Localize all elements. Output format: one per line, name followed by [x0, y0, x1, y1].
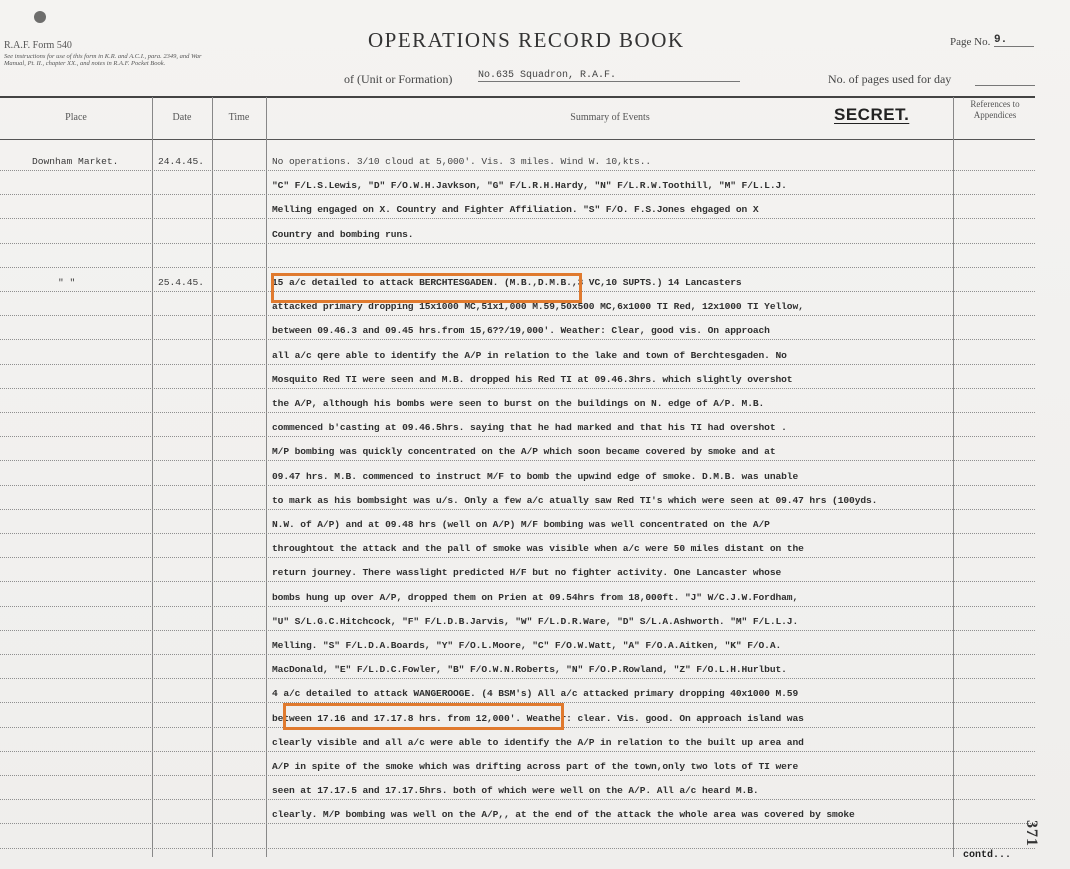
ruled-line [0, 485, 1035, 486]
highlight-box-berchtesgaden [271, 273, 582, 303]
ruled-line [0, 388, 1035, 389]
summary-line: return journey. There wasslight predicte… [272, 567, 781, 578]
ruled-line [0, 606, 1035, 607]
ruled-line [0, 436, 1035, 437]
ruled-line [0, 460, 1035, 461]
classification-stamp: SECRET. [834, 105, 909, 125]
summary-line: No operations. 3/10 cloud at 5,000'. Vis… [272, 156, 651, 167]
table-top-border [0, 96, 1035, 98]
ruled-line [0, 823, 1035, 824]
entry-place: Downham Market. [32, 156, 118, 167]
entry-date: 24.4.45. [158, 156, 204, 167]
ruled-line [0, 243, 1035, 244]
summary-line: 09.47 hrs. M.B. commenced to instruct M/… [272, 471, 798, 482]
punch-hole [34, 11, 46, 23]
column-header-references: References to Appendices [956, 99, 1034, 121]
summary-line: "U" S/L.G.C.Hitchcock, "F" F/L.D.B.Jarvi… [272, 616, 798, 627]
summary-line: MacDonald, "E" F/L.D.C.Fowler, "B" F/O.W… [272, 664, 787, 675]
pages-used-value [975, 85, 1035, 86]
ruled-line [0, 630, 1035, 631]
page-number-value: 9. [994, 34, 1034, 47]
summary-line: Country and bombing runs. [272, 229, 413, 240]
summary-line: commenced b'casting at 09.46.5hrs. sayin… [272, 422, 787, 433]
unit-value: No.635 Squadron, R.A.F. [478, 70, 740, 82]
ruled-line [0, 509, 1035, 510]
summary-line: 4 a/c detailed to attack WANGEROOGE. (4 … [272, 688, 798, 699]
column-header-summary: Summary of Events [500, 112, 720, 123]
ruled-line [0, 581, 1035, 582]
ruled-line [0, 848, 1035, 849]
page-title: OPERATIONS RECORD BOOK [368, 28, 685, 53]
column-header-time: Time [212, 112, 266, 123]
column-header-date: Date [152, 112, 212, 123]
table-header-border [0, 139, 1035, 140]
summary-line: all a/c qere able to identify the A/P in… [272, 350, 787, 361]
summary-line: to mark as his bombsight was u/s. Only a… [272, 495, 877, 506]
ruled-line [0, 751, 1035, 752]
column-divider [212, 97, 213, 857]
summary-line: Melling engaged on X. Country and Fighte… [272, 204, 759, 215]
entry-place: " " [58, 277, 75, 288]
ruled-line [0, 194, 1035, 195]
summary-line: throughtout the attack and the pall of s… [272, 543, 804, 554]
entry-date: 25.4.45. [158, 277, 204, 288]
ruled-line [0, 654, 1035, 655]
summary-line: "C" F/L.S.Lewis, "D" F/O.W.H.Javkson, "G… [272, 180, 787, 191]
column-header-place: Place [0, 112, 152, 123]
ruled-line [0, 364, 1035, 365]
ruled-line [0, 775, 1035, 776]
highlight-box-wangerooge [283, 703, 564, 730]
summary-line: seen at 17.17.5 and 17.17.5hrs. both of … [272, 785, 759, 796]
ruled-line [0, 339, 1035, 340]
summary-line: bombs hung up over A/P, dropped them on … [272, 592, 798, 603]
continued-label: contd... [963, 850, 1011, 861]
ruled-line [0, 412, 1035, 413]
summary-line: between 09.46.3 and 09.45 hrs.from 15,6?… [272, 325, 770, 336]
summary-line: M/P bombing was quickly concentrated on … [272, 446, 776, 457]
page-number-label: Page No. [950, 36, 990, 48]
form-id: R.A.F. Form 540 [4, 40, 72, 51]
ruled-line [0, 315, 1035, 316]
column-divider [266, 97, 267, 857]
ruled-line [0, 557, 1035, 558]
archive-stamp-number: 371 [1022, 820, 1040, 847]
unit-label: of (Unit or Formation) [344, 72, 452, 87]
ruled-line [0, 170, 1035, 171]
ruled-line [0, 799, 1035, 800]
summary-line: the A/P, although his bombs were seen to… [272, 398, 764, 409]
ruled-line [0, 218, 1035, 219]
ruled-line [0, 267, 1035, 268]
summary-line: Melling. "S" F/L.D.A.Boards, "Y" F/O.L.M… [272, 640, 781, 651]
summary-line: clearly visible and all a/c were able to… [272, 737, 804, 748]
ruled-line [0, 533, 1035, 534]
form-instructions: See instructions for use of this form in… [4, 53, 219, 67]
pages-used-label: No. of pages used for day [828, 72, 951, 87]
summary-line: A/P in spite of the smoke which was drif… [272, 761, 798, 772]
column-divider [152, 97, 153, 857]
ruled-line [0, 678, 1035, 679]
summary-line: Mosquito Red TI were seen and M.B. dropp… [272, 374, 792, 385]
column-divider [953, 97, 954, 857]
operations-record-page: R.A.F. Form 540 See instructions for use… [0, 0, 1070, 869]
summary-line: N.W. of A/P) and at 09.48 hrs (well on A… [272, 519, 770, 530]
summary-line: clearly. M/P bombing was well on the A/P… [272, 809, 855, 820]
